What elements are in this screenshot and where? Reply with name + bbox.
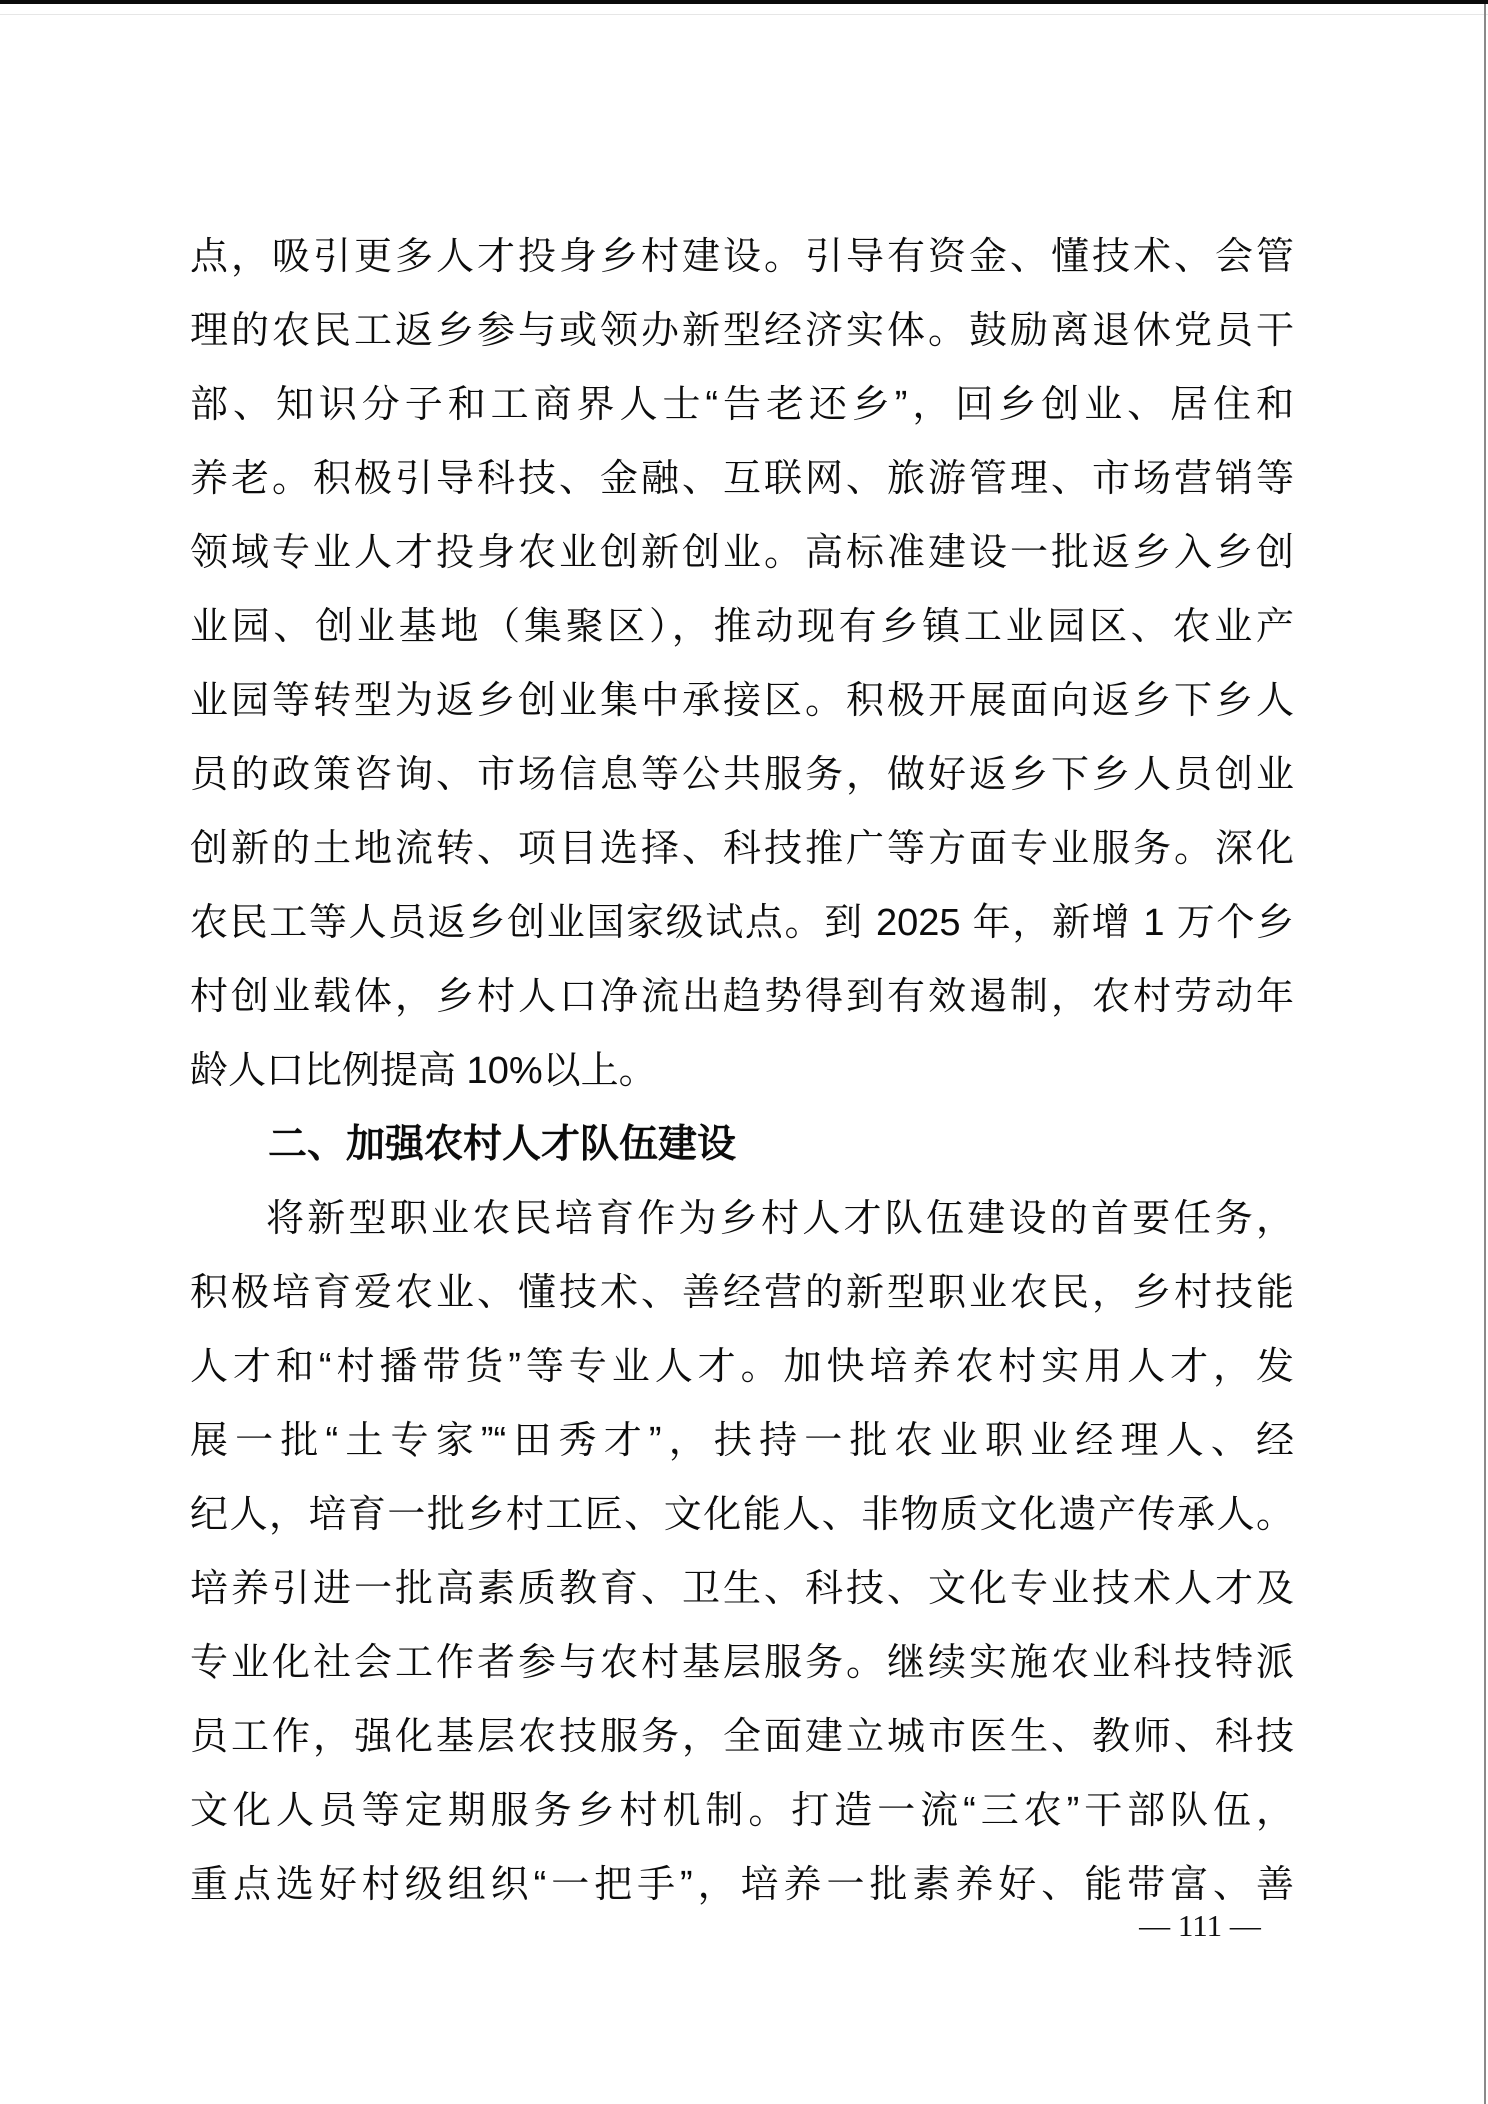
text-line: 创新的土地流转、项目选择、科技推广等方面专业服务。深化 <box>190 812 1294 886</box>
text-line: 员工作，强化基层农技服务，全面建立城市医生、教师、科技 <box>190 1700 1294 1774</box>
text-line: 村创业载体，乡村人口净流出趋势得到有效遏制，农村劳动年 <box>190 960 1294 1034</box>
text-line: 展一批“土专家”“田秀才”，扶持一批农业职业经理人、经 <box>190 1404 1294 1478</box>
text-line: 专业化社会工作者参与农村基层服务。继续实施农业科技特派 <box>190 1626 1294 1700</box>
scan-right-page-edge <box>1484 4 1486 2104</box>
text-line: 养老。积极引导科技、金融、互联网、旅游管理、市场营销等 <box>190 442 1294 516</box>
text-line: 部、知识分子和工商界人士“告老还乡”，回乡创业、居住和 <box>190 368 1294 442</box>
page-number: — 111 — <box>1050 1903 1350 1949</box>
scan-top-faint-line <box>0 14 1488 15</box>
text-line: 文化人员等定期服务乡村机制。打造一流“三农”干部队伍， <box>190 1774 1294 1848</box>
text-line: 业园等转型为返乡创业集中承接区。积极开展面向返乡下乡人 <box>190 664 1294 738</box>
scanned-document-page: { "content": { "lines": [ "点，吸引更多人才投身乡村建… <box>0 0 1488 2104</box>
section-heading: 二、加强农村人才队伍建设 <box>190 1108 1294 1182</box>
text-line: 员的政策咨询、市场信息等公共服务，做好返乡下乡人员创业 <box>190 738 1294 812</box>
text-line: 人才和“村播带货”等专业人才。加快培养农村实用人才，发 <box>190 1330 1294 1404</box>
text-line: 领域专业人才投身农业创新创业。高标准建设一批返乡入乡创 <box>190 516 1294 590</box>
text-line: 积极培育爱农业、懂技术、善经营的新型职业农民，乡村技能 <box>190 1256 1294 1330</box>
paragraph-end-line: 龄人口比例提高 10%以上。 <box>190 1034 1294 1108</box>
text-line: 农民工等人员返乡创业国家级试点。到 2025 年，新增 1 万个乡 <box>190 886 1294 960</box>
text-line: 业园、创业基地（集聚区），推动现有乡镇工业园区、农业产 <box>190 590 1294 664</box>
text-line: 培养引进一批高素质教育、卫生、科技、文化专业技术人才及 <box>190 1552 1294 1626</box>
document-text-block: 点，吸引更多人才投身乡村建设。引导有资金、懂技术、会管 理的农民工返乡参与或领办… <box>190 220 1294 1922</box>
text-line: 点，吸引更多人才投身乡村建设。引导有资金、懂技术、会管 <box>190 220 1294 294</box>
scan-top-bar <box>0 0 1488 4</box>
paragraph-first-line: 将新型职业农民培育作为乡村人才队伍建设的首要任务， <box>190 1182 1294 1256</box>
text-line: 理的农民工返乡参与或领办新型经济实体。鼓励离退休党员干 <box>190 294 1294 368</box>
text-line: 纪人，培育一批乡村工匠、文化能人、非物质文化遗产传承人。 <box>190 1478 1294 1552</box>
